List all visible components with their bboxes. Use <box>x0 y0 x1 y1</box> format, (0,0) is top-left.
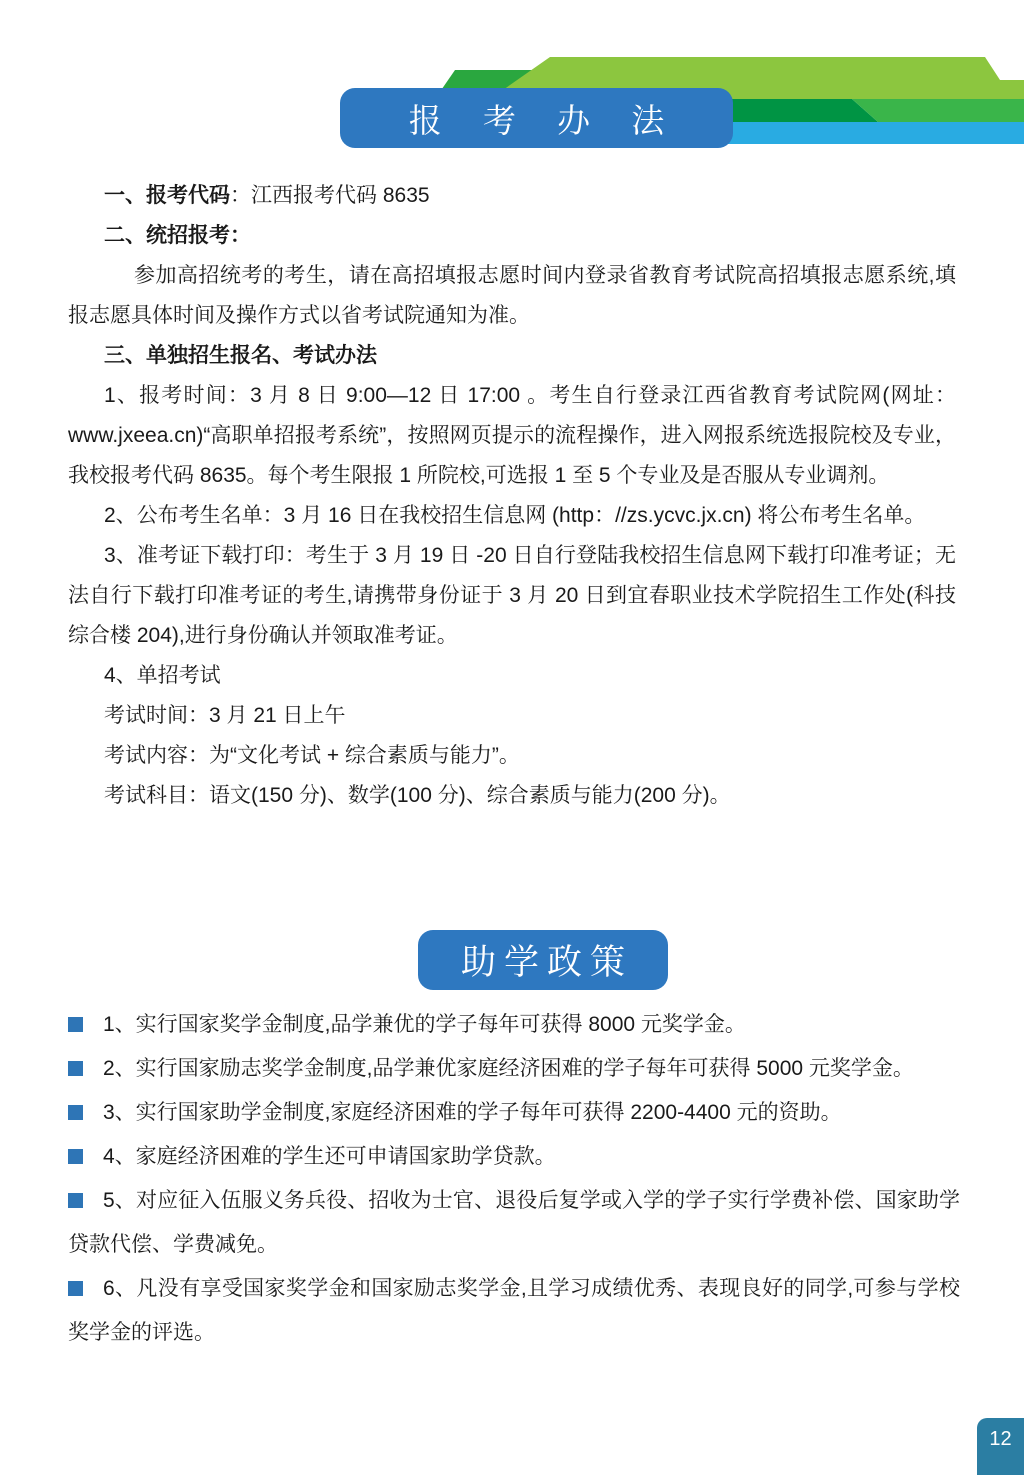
aid-list-item: 2、实行国家励志奖学金制度,品学兼优家庭经济困难的学子每年可获得 5000 元奖… <box>68 1047 960 1091</box>
brochure-page: 报 考 办 法 一、报考代码：江西报考代码 8635 二、统招报考： 参加高招统… <box>0 0 1024 1475</box>
paragraph-unified-enrollment: 参加高招统考的考生，请在高招填报志愿时间内登录省教育考试院高招填报志愿系统,填报… <box>68 256 956 336</box>
paragraph-registration-time: 1、报考时间：3 月 8 日 9:00—12 日 17:00 。考生自行登录江西… <box>68 376 956 496</box>
heading-application-code: 一、报考代码 <box>104 184 230 207</box>
paragraph-admission-ticket: 3、准考证下载打印：考生于 3 月 19 日 -20 日自行登陆我校招生信息网下… <box>68 536 956 656</box>
paragraph-exam-heading: 4、单招考试 <box>68 656 956 696</box>
financial-aid-section: 1、实行国家奖学金制度,品学兼优的学子每年可获得 8000 元奖学金。 2、实行… <box>68 1003 960 1355</box>
aid-list-item: 1、实行国家奖学金制度,品学兼优的学子每年可获得 8000 元奖学金。 <box>68 1003 960 1047</box>
section-title-financial-aid: 助学政策 <box>418 930 668 990</box>
application-method-section: 一、报考代码：江西报考代码 8635 二、统招报考： 参加高招统考的考生，请在高… <box>68 176 956 816</box>
section-title-text: 助学政策 <box>453 935 633 985</box>
square-bullet-icon <box>68 1017 83 1032</box>
square-bullet-icon <box>68 1061 83 1076</box>
paragraph-exam-content: 考试内容：为“文化考试 + 综合素质与能力”。 <box>68 736 956 776</box>
square-bullet-icon <box>68 1149 83 1164</box>
square-bullet-icon <box>68 1281 83 1296</box>
paragraph-exam-time: 考试时间：3 月 21 日上午 <box>68 696 956 736</box>
paragraph-application-code: 一、报考代码：江西报考代码 8635 <box>68 176 956 216</box>
paragraph-candidate-list: 2、公布考生名单：3 月 16 日在我校招生信息网 (http：//zs.ycv… <box>68 496 956 536</box>
heading-unified-enrollment: 二、统招报考： <box>68 216 956 256</box>
aid-list-item: 3、实行国家助学金制度,家庭经济困难的学子每年可获得 2200-4400 元的资… <box>68 1091 960 1135</box>
aid-list-item: 4、家庭经济困难的学生还可申请国家助学贷款。 <box>68 1135 960 1179</box>
square-bullet-icon <box>68 1105 83 1120</box>
square-bullet-icon <box>68 1193 83 1208</box>
paragraph-exam-subjects: 考试科目：语文(150 分)、数学(100 分)、综合素质与能力(200 分)。 <box>68 776 956 816</box>
heading-separate-enrollment: 三、单独招生报名、考试办法 <box>68 336 956 376</box>
page-number-badge: 12 <box>977 1418 1024 1475</box>
ribbon-mid-green-band <box>852 99 1024 122</box>
page-number: 12 <box>989 1428 1011 1450</box>
aid-list-item: 5、对应征入伍服义务兵役、招收为士官、退役后复学或入学的学子实行学费补偿、国家助… <box>68 1179 960 1267</box>
section-title-text: 报 考 办 法 <box>393 95 681 142</box>
section-title-application-method: 报 考 办 法 <box>340 88 733 148</box>
aid-list-item: 6、凡没有享受国家奖学金和国家励志奖学金,且学习成绩优秀、表现良好的同学,可参与… <box>68 1267 960 1355</box>
